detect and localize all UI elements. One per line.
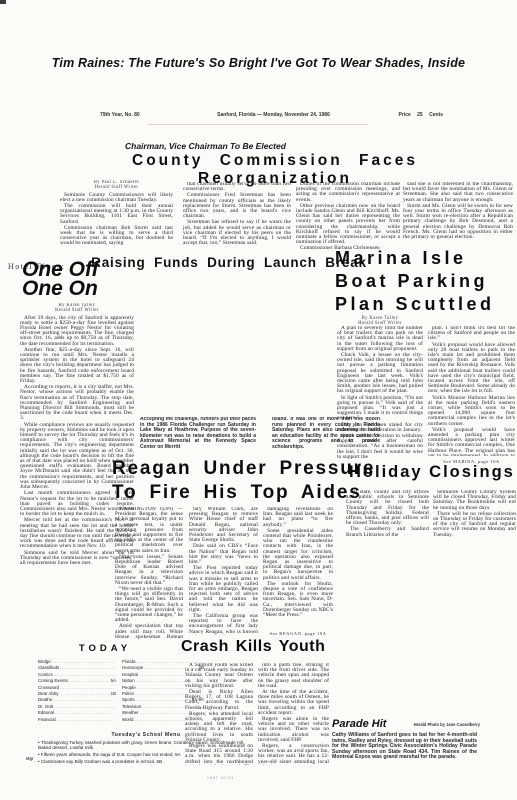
reagan-column-2: tary William Clark, are pressing Reagan … — [189, 507, 258, 635]
crash-headline: Crash Kills Youth — [181, 638, 351, 656]
paragraph: In light of Smith's position, “I'm not g… — [337, 396, 423, 422]
paragraph: said she is not interested in the chairm… — [403, 182, 513, 203]
paragraph: tary William Clark, are pressing Reagan … — [189, 507, 258, 543]
paragraph: Accepting the challenge, runners put the… — [140, 417, 256, 450]
paragraph: The California group was reported to hav… — [189, 614, 258, 635]
index-label: World — [122, 717, 133, 723]
paragraph: Seminole County Library System will be c… — [433, 490, 516, 511]
paragraph: A plan to severely limit the number of b… — [337, 326, 423, 352]
paragraph: plan. I don't think it's best for the ci… — [428, 326, 515, 342]
holiday-column-2: Seminole County Library System will be c… — [433, 490, 516, 565]
folio-line: 79th Year, No. 80 Sanford, Florida — Mon… — [0, 112, 517, 122]
dateline: Sanford, Florida — Monday, November 24, … — [30, 112, 517, 118]
index-item: Financial...............................… — [38, 717, 116, 723]
today-index-title: TODAY — [30, 643, 180, 654]
county-column-1: By Paul C. Schaefer Herald Staff Writer … — [60, 180, 173, 257]
paragraph: damaging revelations on Iran. Reagan sai… — [263, 507, 333, 528]
byline-title: Herald Staff Writer — [20, 308, 134, 313]
paragraph: Streetman has refused to say if he wants… — [183, 220, 291, 246]
production-mark: · 1987 10-34 — [203, 776, 234, 780]
county-kicker: Chairman, Vice Chairman To Be Elected — [125, 141, 286, 151]
marina-headline-line2: Boat Parking — [335, 270, 517, 293]
paragraph: At the time of the accident, three miles… — [258, 690, 329, 716]
paragraph: The commission will hold their annual or… — [60, 204, 173, 225]
marina-headline-line1: Marina Isle — [335, 247, 517, 270]
paragraph: Duties of the commission chairman includ… — [296, 182, 400, 203]
county-byline: By Paul C. Schaefer Herald Staff Writer — [60, 180, 173, 191]
holiday-headline: Holiday Closings — [349, 463, 517, 482]
paragraph: The Casselberry and Sanford Branch Libra… — [346, 527, 429, 537]
paragraph: Some presidential aides contend that whi… — [263, 529, 333, 581]
paragraph: Volk's proposal would have allowed only … — [428, 343, 515, 395]
paragraph: The outlook for Shultz, despite a vote o… — [263, 582, 333, 618]
reagan-column-1: WASHINGTON (UPI) — President Reagan, the… — [115, 507, 183, 639]
paragraph: Commissioner Fred Streetman has been men… — [183, 193, 291, 219]
paragraph: Volk's proposal would have amended a par… — [428, 428, 515, 456]
parade-caption-title: Parade Hit — [332, 718, 386, 730]
parade-caption-text: Cathy Williams of Sanford goes to bat fo… — [332, 733, 477, 761]
county-column-1-text: Seminole County Commissioners will likel… — [60, 193, 173, 247]
paragraph: Dead is Ricky Allen Rogers, 17, of 108 L… — [185, 690, 253, 711]
paragraph: into a palm tree, striking it with the f… — [258, 663, 329, 689]
paragraph: The Post reported today advice in which … — [189, 566, 258, 613]
launch-photo-washed-out — [140, 276, 332, 412]
banner-headline: Tim Raines: The Future's So Bright I've … — [0, 56, 517, 70]
paragraph: Rogers was alone in the vehicle and no o… — [258, 717, 329, 743]
paragraph: After 39 days, the city of Sanford is ap… — [20, 316, 134, 347]
newspaper-front-page: Tim Raines: The Future's So Bright I've … — [0, 0, 517, 800]
county-column-2: that chairmen usually serve no more than… — [183, 182, 291, 257]
paragraph: “Cut your losses,” Senate Republican lea… — [115, 555, 183, 586]
paragraph: Another fine, $25-a-day since Sept. 16, … — [20, 348, 134, 384]
paragraph: Dole said on CBS's “Face the Nation” tha… — [189, 544, 258, 565]
paragraph: Other previous chairmen now on the board… — [296, 204, 400, 246]
parade-photo-washed-out — [335, 570, 517, 715]
folio-divider — [148, 124, 368, 125]
paragraph: All state, county and city offices and p… — [346, 490, 429, 526]
crash-column-1: A Sanford youth was killed in a car cras… — [185, 663, 253, 765]
paragraph: Volk's Monroe Harbour Marina lies at the… — [428, 396, 515, 427]
paragraph: Rogers was southbound on State Road 415 … — [185, 744, 253, 765]
today-index-left: Bridge..................................… — [38, 659, 116, 723]
county-column-4: said she is not interested in the chairm… — [403, 182, 513, 257]
paragraph: Commission chairman Bob Sturm said last … — [60, 226, 173, 247]
paragraph: Rogers, a construction worker, was an av… — [258, 744, 329, 765]
reagan-column-3: damaging revelations on Iran. Reagan sai… — [263, 507, 333, 629]
scan-artifact — [0, 0, 6, 4]
marina-column-2: plan. I don't think it's best for the ci… — [428, 326, 515, 456]
reagan-jump-line: See REAGAN, page 10A — [263, 631, 333, 636]
paragraph: Chuck Volk, a lessee on the city-owned i… — [337, 353, 423, 395]
holiday-column-1: All state, county and city offices and p… — [346, 490, 429, 565]
crash-column-2: into a palm tree, striking it with the f… — [258, 663, 329, 765]
paragraph: Amid speculation that top aides still ma… — [115, 624, 183, 639]
price: Price 25 Cents — [399, 112, 443, 118]
hotel-headline-line2: One On — [22, 280, 152, 299]
paragraph: A Sanford youth was killed in a car cras… — [185, 663, 253, 689]
paragraph: Sturm and Ms. Glenn will be sworn in for… — [403, 204, 513, 240]
marina-byline: By Karen Talley Herald Staff Writer — [337, 316, 423, 327]
hotel-byline: By Karen Talley Herald Staff Writer — [20, 303, 134, 314]
marina-headline: Marina Isle Boat Parking Plan Scuttled — [335, 247, 517, 316]
marina-headline-line3: Plan Scuttled — [335, 293, 517, 316]
dotted-leader: ........................................… — [57, 717, 115, 723]
margin-mark: Mgr — [26, 756, 34, 761]
county-column-3: Duties of the commission chairman includ… — [296, 182, 400, 257]
crash-column-2-text: into a palm tree, striking it with the f… — [258, 663, 329, 765]
paragraph: The plan had been slated for city commis… — [337, 423, 423, 433]
paragraph: According to reports, it is a city staff… — [20, 385, 134, 421]
paragraph: WASHINGTON (UPI) — President Reagan, the… — [115, 507, 183, 554]
paragraph: There will be no refuse collection on Th… — [433, 512, 516, 538]
photo-credit: Herald Photo by Jane Casselberry — [395, 722, 480, 727]
paragraph: Seminole County Commissioners will likel… — [60, 193, 173, 203]
paragraph: that chairmen usually serve no more than… — [183, 182, 291, 192]
index-label: Financial — [38, 717, 56, 723]
paragraph: “We need a visible sign that things will… — [115, 587, 183, 623]
paragraph: Rogers, who attended local schools, appa… — [185, 712, 253, 743]
marina-column-1: A plan to severely limit the number of b… — [337, 326, 423, 462]
byline-title: Herald Staff Writer — [60, 185, 173, 190]
